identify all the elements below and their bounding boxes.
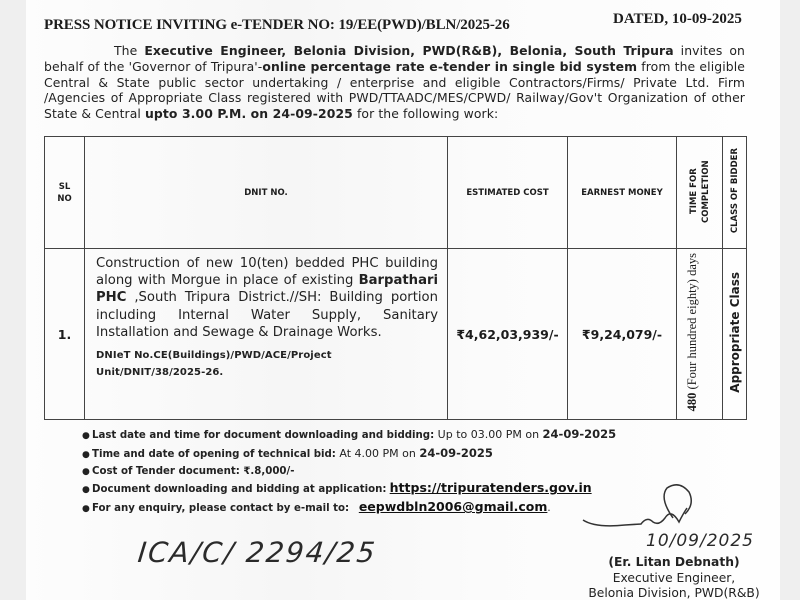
- signatory-name: (Er. Litan Debnath): [574, 555, 774, 571]
- work-text-cont: ,South Tripura District.//SH: Building p…: [96, 290, 438, 339]
- signature-icon: [575, 478, 715, 538]
- cell-sl-no: 1.: [45, 249, 85, 420]
- note-enquiry-email: ●For any enquiry, please contact by e-ma…: [82, 499, 616, 518]
- header-earnest-money: EARNEST MONEY: [568, 137, 677, 249]
- intro-text: The: [114, 43, 144, 58]
- bullet-icon: ●: [82, 482, 92, 499]
- notice-title: PRESS NOTICE INVITING e-TENDER NO: 19/EE…: [44, 17, 510, 34]
- cell-work-description: Construction of new 10(ten) bedded PHC b…: [85, 249, 448, 420]
- intro-emphasis: Executive Engineer, Belonia Division, PW…: [144, 43, 673, 58]
- enquiry-email-link[interactable]: eepwdbln2006@gmail.com: [359, 499, 548, 514]
- tender-notes-list: ●Last date and time for document downloa…: [82, 426, 616, 518]
- intro-emphasis: upto 3.00 P.M. on 24-09-2025: [145, 106, 353, 121]
- tender-portal-link[interactable]: https://tripuratenders.gov.in: [390, 480, 592, 495]
- bullet-icon: ●: [82, 464, 92, 481]
- bullet-icon: ●: [82, 501, 92, 518]
- header-dnit-no: DNIT NO.: [85, 137, 448, 249]
- table-header-row: SL NO DNIT NO. ESTIMATED COST EARNEST MO…: [45, 137, 747, 249]
- signatory-office: Belonia Division, PWD(R&B): [574, 586, 774, 600]
- note-cost-document: ●Cost of Tender document: ₹.8,000/-: [82, 464, 616, 481]
- notice-date: DATED, 10-09-2025: [613, 11, 742, 28]
- cell-time-for-completion: 480 (Four hundred eighty) days: [677, 249, 723, 420]
- header-time-for-completion: TIME FOR COMPLETION: [677, 137, 723, 249]
- intro-paragraph: The Executive Engineer, Belonia Division…: [44, 43, 745, 122]
- signatory-block: (Er. Litan Debnath) Executive Engineer, …: [574, 555, 774, 600]
- cell-class-of-bidder: Appropriate Class: [723, 249, 747, 420]
- handwritten-reference: ICA/C/ 2294/25: [136, 536, 378, 569]
- time-days: 480: [685, 393, 699, 412]
- note-opening-bid: ●Time and date of opening of technical b…: [82, 445, 616, 464]
- bullet-icon: ●: [82, 447, 92, 464]
- signatory-designation: Executive Engineer,: [574, 571, 774, 587]
- header-class-of-bidder: CLASS OF BIDDER: [723, 137, 747, 249]
- cell-estimated-cost: ₹4,62,03,939/-: [448, 249, 568, 420]
- note-last-date: ●Last date and time for document downloa…: [82, 426, 616, 445]
- intro-text: for the following work:: [353, 106, 498, 121]
- table-row: 1. Construction of new 10(ten) bedded PH…: [45, 249, 747, 420]
- header-sl-no: SL NO: [45, 137, 85, 249]
- dniet-number: DNIeT No.CE(Buildings)/PWD/ACE/Project U…: [96, 347, 438, 381]
- bullet-icon: ●: [82, 428, 92, 445]
- intro-emphasis: online percentage rate e-tender in singl…: [262, 59, 637, 74]
- cell-earnest-money: ₹9,24,079/-: [568, 249, 677, 420]
- header-estimated-cost: ESTIMATED COST: [448, 137, 568, 249]
- tender-table: SL NO DNIT NO. ESTIMATED COST EARNEST MO…: [44, 136, 747, 420]
- note-application-link: ●Document downloading and bidding at app…: [82, 480, 616, 499]
- signature-date: 10/09/2025: [646, 531, 754, 551]
- time-words: (Four hundred eighty) days: [685, 253, 699, 389]
